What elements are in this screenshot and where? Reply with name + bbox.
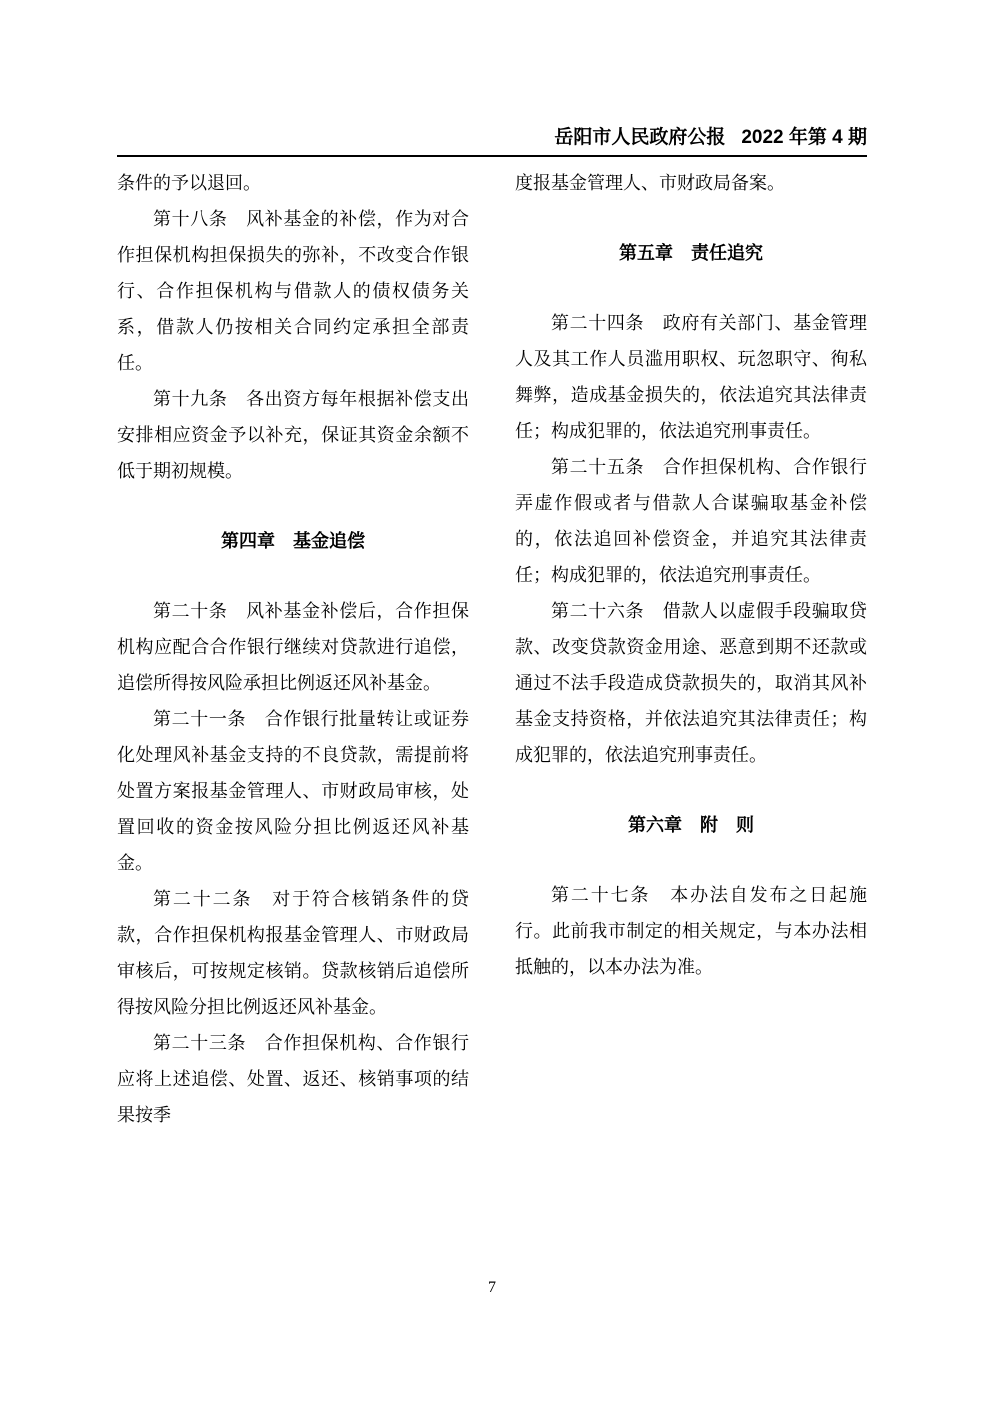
article-25-paragraph: 第二十五条 合作担保机构、合作银行弄虚作假或者与借款人合谋骗取基金补偿的，依法追… (515, 449, 867, 593)
article-23-paragraph: 第二十三条 合作担保机构、合作银行应将上述追偿、处置、返还、核销事项的结果按季 (117, 1025, 469, 1133)
chapter-6-heading: 第六章 附 则 (515, 807, 867, 843)
right-column: 度报基金管理人、市财政局备案。 第五章 责任追究 第二十四条 政府有关部门、基金… (515, 165, 867, 1133)
article-26-paragraph: 第二十六条 借款人以虚假手段骗取贷款、改变贷款资金用途、恶意到期不还款或通过不法… (515, 593, 867, 773)
chapter-5-heading: 第五章 责任追究 (515, 235, 867, 271)
article-19-paragraph: 第十九条 各出资方每年根据补偿支出安排相应资金予以补充，保证其资金余额不低于期初… (117, 381, 469, 489)
article-22-paragraph: 第二十二条 对于符合核销条件的贷款，合作担保机构报基金管理人、市财政局审核后，可… (117, 881, 469, 1025)
article-20-paragraph: 第二十条 风补基金补偿后，合作担保机构应配合合作银行继续对贷款进行追偿，追偿所得… (117, 593, 469, 701)
running-header: 岳阳市人民政府公报2022 年第 4 期 (117, 126, 867, 150)
chapter-4-heading: 第四章 基金追偿 (117, 523, 469, 559)
page-number: 7 (488, 1279, 496, 1296)
article-21-paragraph: 第二十一条 合作银行批量转让或证券化处理风补基金支持的不良贷款，需提前将处置方案… (117, 701, 469, 881)
gazette-title: 岳阳市人民政府公报 (554, 127, 725, 148)
left-column: 条件的予以退回。 第十八条 风补基金的补偿，作为对合作担保机构担保损失的弥补，不… (117, 165, 469, 1133)
body-paragraph: 度报基金管理人、市财政局备案。 (515, 165, 867, 201)
article-27-paragraph: 第二十七条 本办法自发布之日起施行。此前我市制定的相关规定，与本办法相抵触的，以… (515, 877, 867, 985)
gazette-page: 岳阳市人民政府公报2022 年第 4 期 条件的予以退回。 第十八条 风补基金的… (0, 0, 992, 1403)
document-body: 条件的予以退回。 第十八条 风补基金的补偿，作为对合作担保机构担保损失的弥补，不… (117, 165, 867, 1133)
article-24-paragraph: 第二十四条 政府有关部门、基金管理人及其工作人员滥用职权、玩忽职守、徇私舞弊，造… (515, 305, 867, 449)
header-rule (117, 155, 867, 157)
page-footer: 7 (117, 1276, 867, 1300)
body-paragraph: 条件的予以退回。 (117, 165, 469, 201)
issue-number: 2022 年第 4 期 (741, 127, 867, 148)
article-18-paragraph: 第十八条 风补基金的补偿，作为对合作担保机构担保损失的弥补，不改变合作银行、合作… (117, 201, 469, 381)
